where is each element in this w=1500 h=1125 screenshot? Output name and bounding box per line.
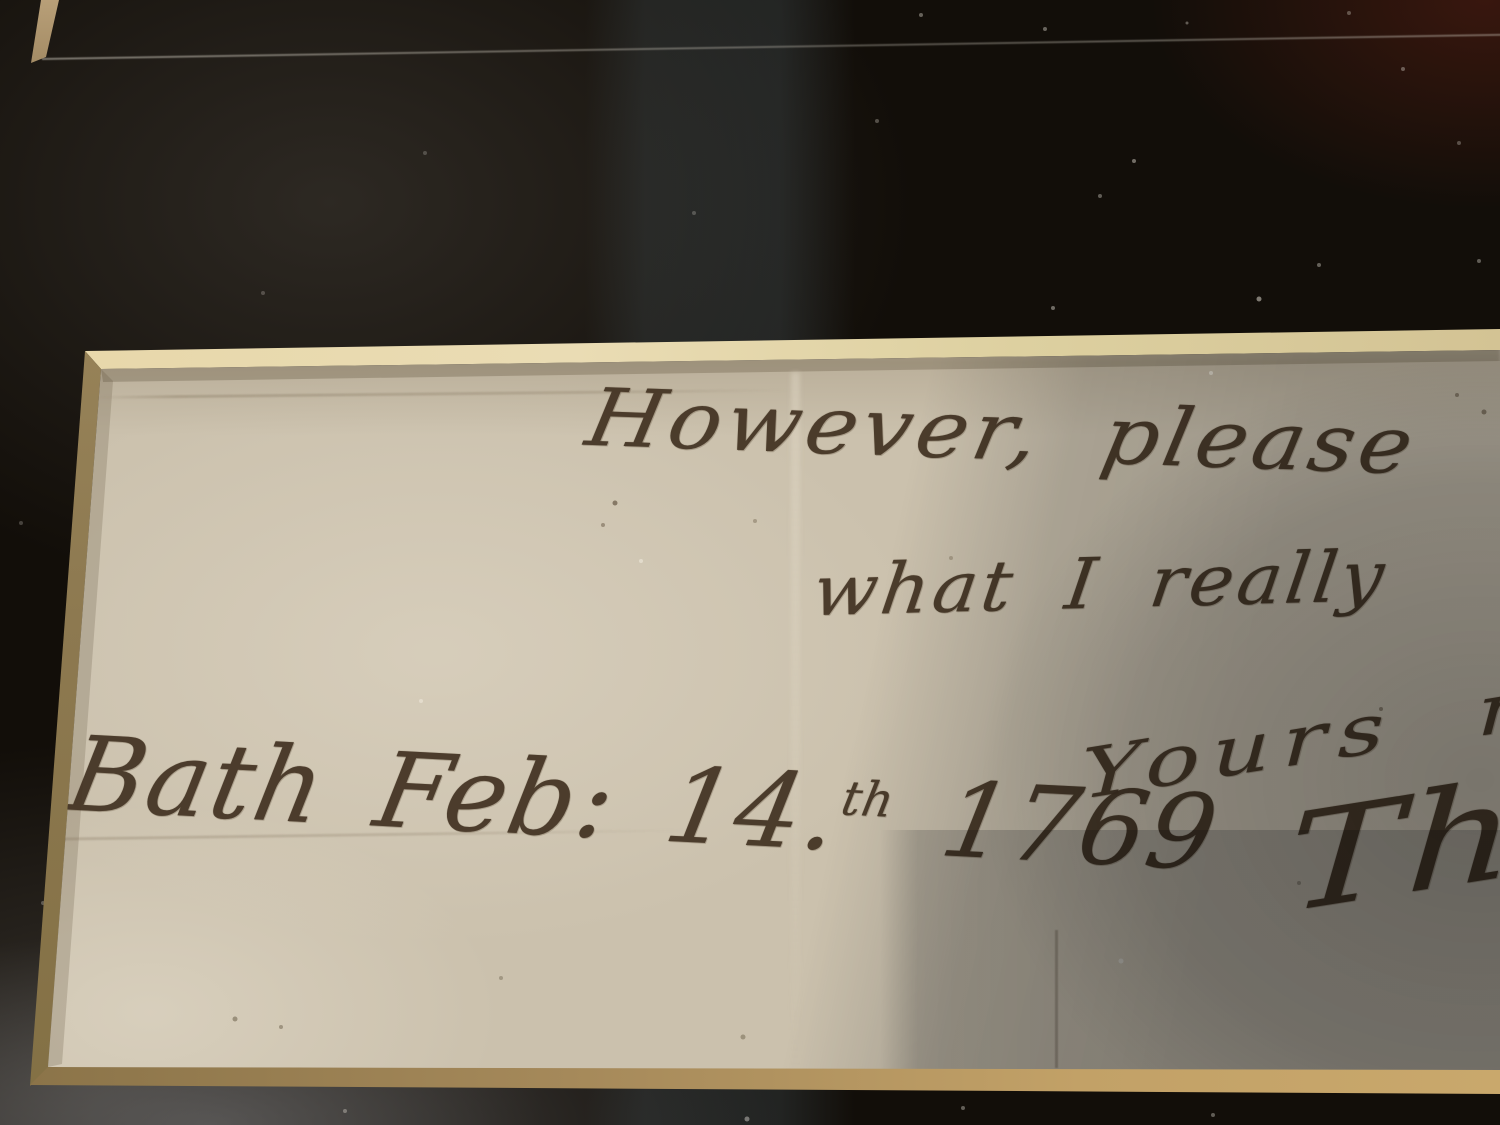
dust-specks [0,0,2,2]
date-text: Bath Feb: 14. [58,713,851,874]
handwriting-dateline: Bath Feb: 14.th 1769 [60,722,1227,885]
paper-crease-vertical-bottom [1055,930,1058,1068]
upper-mat-window-edge [42,34,1500,60]
paper-fold-vertical [791,372,800,1068]
handwriting-line-1: However, please [581,378,1424,486]
framed-letter-photo: However, please what I really Bath Feb: … [0,0,1500,1125]
handwriting-line-2: what I really [809,541,1392,626]
handwriting-signature: Th [1285,761,1500,933]
